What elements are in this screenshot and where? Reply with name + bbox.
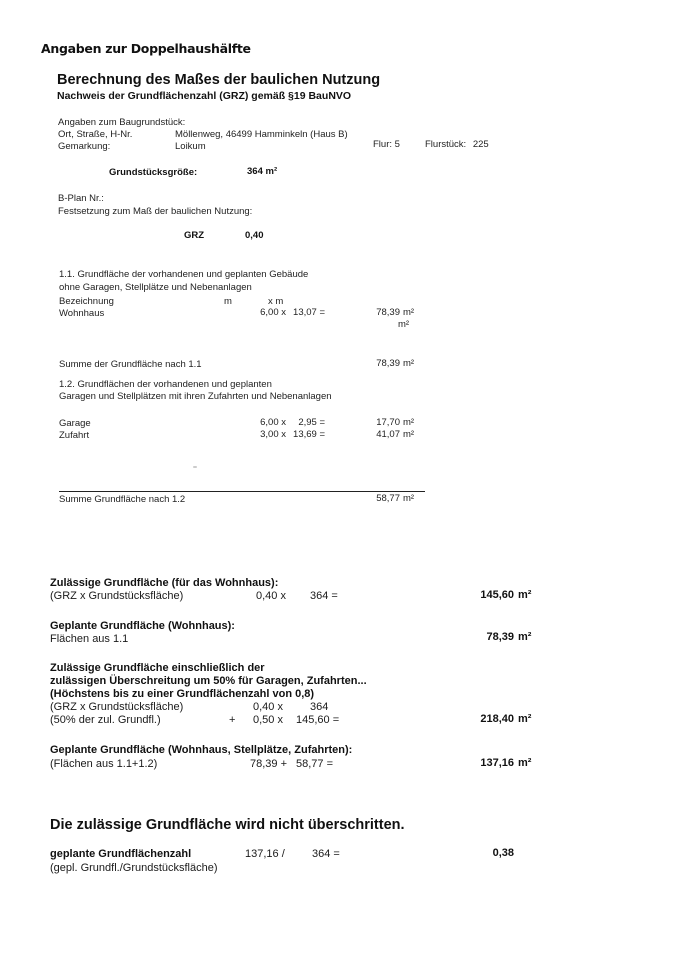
page-heading: Angaben zur Doppelhaushälfte bbox=[41, 41, 251, 56]
zul-gesamt-row2-b: 145,60 = bbox=[296, 714, 339, 726]
grz-calc-title: geplante Grundflächenzahl bbox=[50, 848, 191, 860]
flurstueck-label: Flurstück: bbox=[425, 139, 466, 150]
zul-wohnhaus-formula: (GRZ x Grundstücksfläche) bbox=[50, 590, 183, 602]
scan-speck bbox=[193, 466, 197, 468]
row-factor-a: 6,00 x bbox=[230, 307, 286, 318]
sum-1-1-value: 78,39 bbox=[350, 358, 400, 369]
sum-divider bbox=[59, 491, 425, 492]
grz-calc-result: 0,38 bbox=[450, 847, 514, 859]
grz-label: GRZ bbox=[184, 230, 204, 241]
zul-wohnhaus-b: 364 = bbox=[310, 590, 338, 602]
gepl-wohnhaus-label: Flächen aus 1.1 bbox=[50, 633, 128, 645]
grz-calc-b: 364 = bbox=[312, 848, 340, 860]
col-xm: x m bbox=[268, 296, 283, 307]
row-unit: m² bbox=[403, 307, 414, 318]
plot-size: 364 m² bbox=[247, 166, 277, 177]
zul-gesamt-row1-a: 0,40 x bbox=[253, 701, 283, 713]
zul-gesamt-row2-label: (50% der zul. Grundfl.) bbox=[50, 714, 161, 726]
gepl-gesamt-unit: m² bbox=[518, 757, 531, 769]
empty-row-unit: m² bbox=[398, 319, 409, 330]
gepl-gesamt-b: 58,77 = bbox=[296, 758, 333, 770]
gepl-gesamt-result: 137,16 bbox=[450, 757, 514, 769]
zul-wohnhaus-title: Zulässige Grundfläche (für das Wohnhaus)… bbox=[50, 577, 278, 589]
flur-label: Flur: bbox=[373, 139, 392, 150]
zul-gesamt-row1-label: (GRZ x Grundstücksfläche) bbox=[50, 701, 183, 713]
document-subtitle: Nachweis der Grundflächenzahl (GRZ) gemä… bbox=[57, 90, 351, 102]
zufahrt-factor-b: 13,69 = bbox=[280, 429, 325, 440]
plot-section-label: Angaben zum Baugrundstück: bbox=[58, 117, 185, 128]
col-bezeichnung: Bezeichnung bbox=[59, 296, 114, 307]
zufahrt-factor-a: 3,00 x bbox=[230, 429, 286, 440]
gepl-gesamt-label: (Flächen aus 1.1+1.2) bbox=[50, 758, 157, 770]
garage-name: Garage bbox=[59, 418, 91, 429]
garage-factor-a: 6,00 x bbox=[230, 417, 286, 428]
zul-wohnhaus-unit: m² bbox=[518, 589, 531, 601]
zul-gesamt-row1-b: 364 bbox=[310, 701, 328, 713]
zufahrt-name: Zufahrt bbox=[59, 430, 89, 441]
zul-wohnhaus-result: 145,60 bbox=[450, 589, 514, 601]
flur-value: 5 bbox=[395, 139, 400, 150]
plot-size-unit: m² bbox=[266, 166, 278, 177]
gemarkung-label: Gemarkung: bbox=[58, 141, 110, 152]
zul-gesamt-unit: m² bbox=[518, 713, 531, 725]
zul-wohnhaus-a: 0,40 x bbox=[256, 590, 286, 602]
grz-value: 0,40 bbox=[245, 230, 264, 241]
sum-1-1-label: Summe der Grundfläche nach 1.1 bbox=[59, 359, 202, 370]
row-result: 78,39 bbox=[350, 307, 400, 318]
sum-1-1-unit: m² bbox=[403, 358, 414, 369]
section-1-2-heading-1: 1.2. Grundflächen der vorhandenen und ge… bbox=[59, 379, 272, 390]
zul-gesamt-row2-plus: + bbox=[229, 714, 235, 726]
garage-unit: m² bbox=[403, 417, 414, 428]
flurstueck-field: Flurstück: 225 bbox=[425, 139, 489, 150]
gepl-wohnhaus-title: Geplante Grundfläche (Wohnhaus): bbox=[50, 620, 235, 632]
zul-gesamt-title-2: zulässigen Überschreitung um 50% für Gar… bbox=[50, 675, 367, 687]
gemarkung-value: Loikum bbox=[175, 141, 206, 152]
garage-factor-b: 2,95 = bbox=[280, 417, 325, 428]
gepl-gesamt-a: 78,39 + bbox=[250, 758, 287, 770]
document-title: Berechnung des Maßes der baulichen Nutzu… bbox=[57, 72, 380, 88]
garage-result: 17,70 bbox=[350, 417, 400, 428]
sum-1-2-label: Summe Grundfläche nach 1.2 bbox=[59, 494, 185, 505]
col-m: m bbox=[224, 296, 232, 307]
zul-gesamt-row2-a: 0,50 x bbox=[253, 714, 283, 726]
plot-size-value: 364 bbox=[247, 166, 263, 177]
zufahrt-unit: m² bbox=[403, 429, 414, 440]
plot-size-label: Grundstücksgröße: bbox=[109, 167, 197, 178]
flurstueck-value: 225 bbox=[473, 139, 489, 150]
zul-gesamt-title-1: Zulässige Grundfläche einschließlich der bbox=[50, 662, 265, 674]
conclusion: Die zulässige Grundfläche wird nicht übe… bbox=[50, 817, 405, 833]
flur-field: Flur: 5 bbox=[373, 139, 400, 150]
sum-1-2-value: 58,77 bbox=[350, 493, 400, 504]
grz-calc-a: 137,16 / bbox=[245, 848, 285, 860]
sum-1-2-unit: m² bbox=[403, 493, 414, 504]
section-1-1-heading-2: ohne Garagen, Stellplätze und Nebenanlag… bbox=[59, 282, 252, 293]
festsetzung-label: Festsetzung zum Maß der baulichen Nutzun… bbox=[58, 206, 252, 217]
zul-gesamt-title-3: (Höchstens bis zu einer Grundflächenzahl… bbox=[50, 688, 314, 700]
row-name: Wohnhaus bbox=[59, 308, 104, 319]
address-label: Ort, Straße, H-Nr. bbox=[58, 129, 132, 140]
address-value: Möllenweg, 46499 Hamminkeln (Haus B) bbox=[175, 129, 348, 140]
zufahrt-result: 41,07 bbox=[350, 429, 400, 440]
bplan-label: B-Plan Nr.: bbox=[58, 193, 104, 204]
section-1-1-heading-1: 1.1. Grundfläche der vorhandenen und gep… bbox=[59, 269, 308, 280]
grz-calc-label: (gepl. Grundfl./Grundstücksfläche) bbox=[50, 862, 218, 874]
section-1-2-heading-2: Garagen und Stellplätzen mit ihren Zufah… bbox=[59, 391, 332, 402]
gepl-gesamt-title: Geplante Grundfläche (Wohnhaus, Stellplä… bbox=[50, 744, 352, 756]
row-factor-b: 13,07 = bbox=[280, 307, 325, 318]
gepl-wohnhaus-result: 78,39 bbox=[450, 631, 514, 643]
gepl-wohnhaus-unit: m² bbox=[518, 631, 531, 643]
zul-gesamt-result: 218,40 bbox=[450, 713, 514, 725]
